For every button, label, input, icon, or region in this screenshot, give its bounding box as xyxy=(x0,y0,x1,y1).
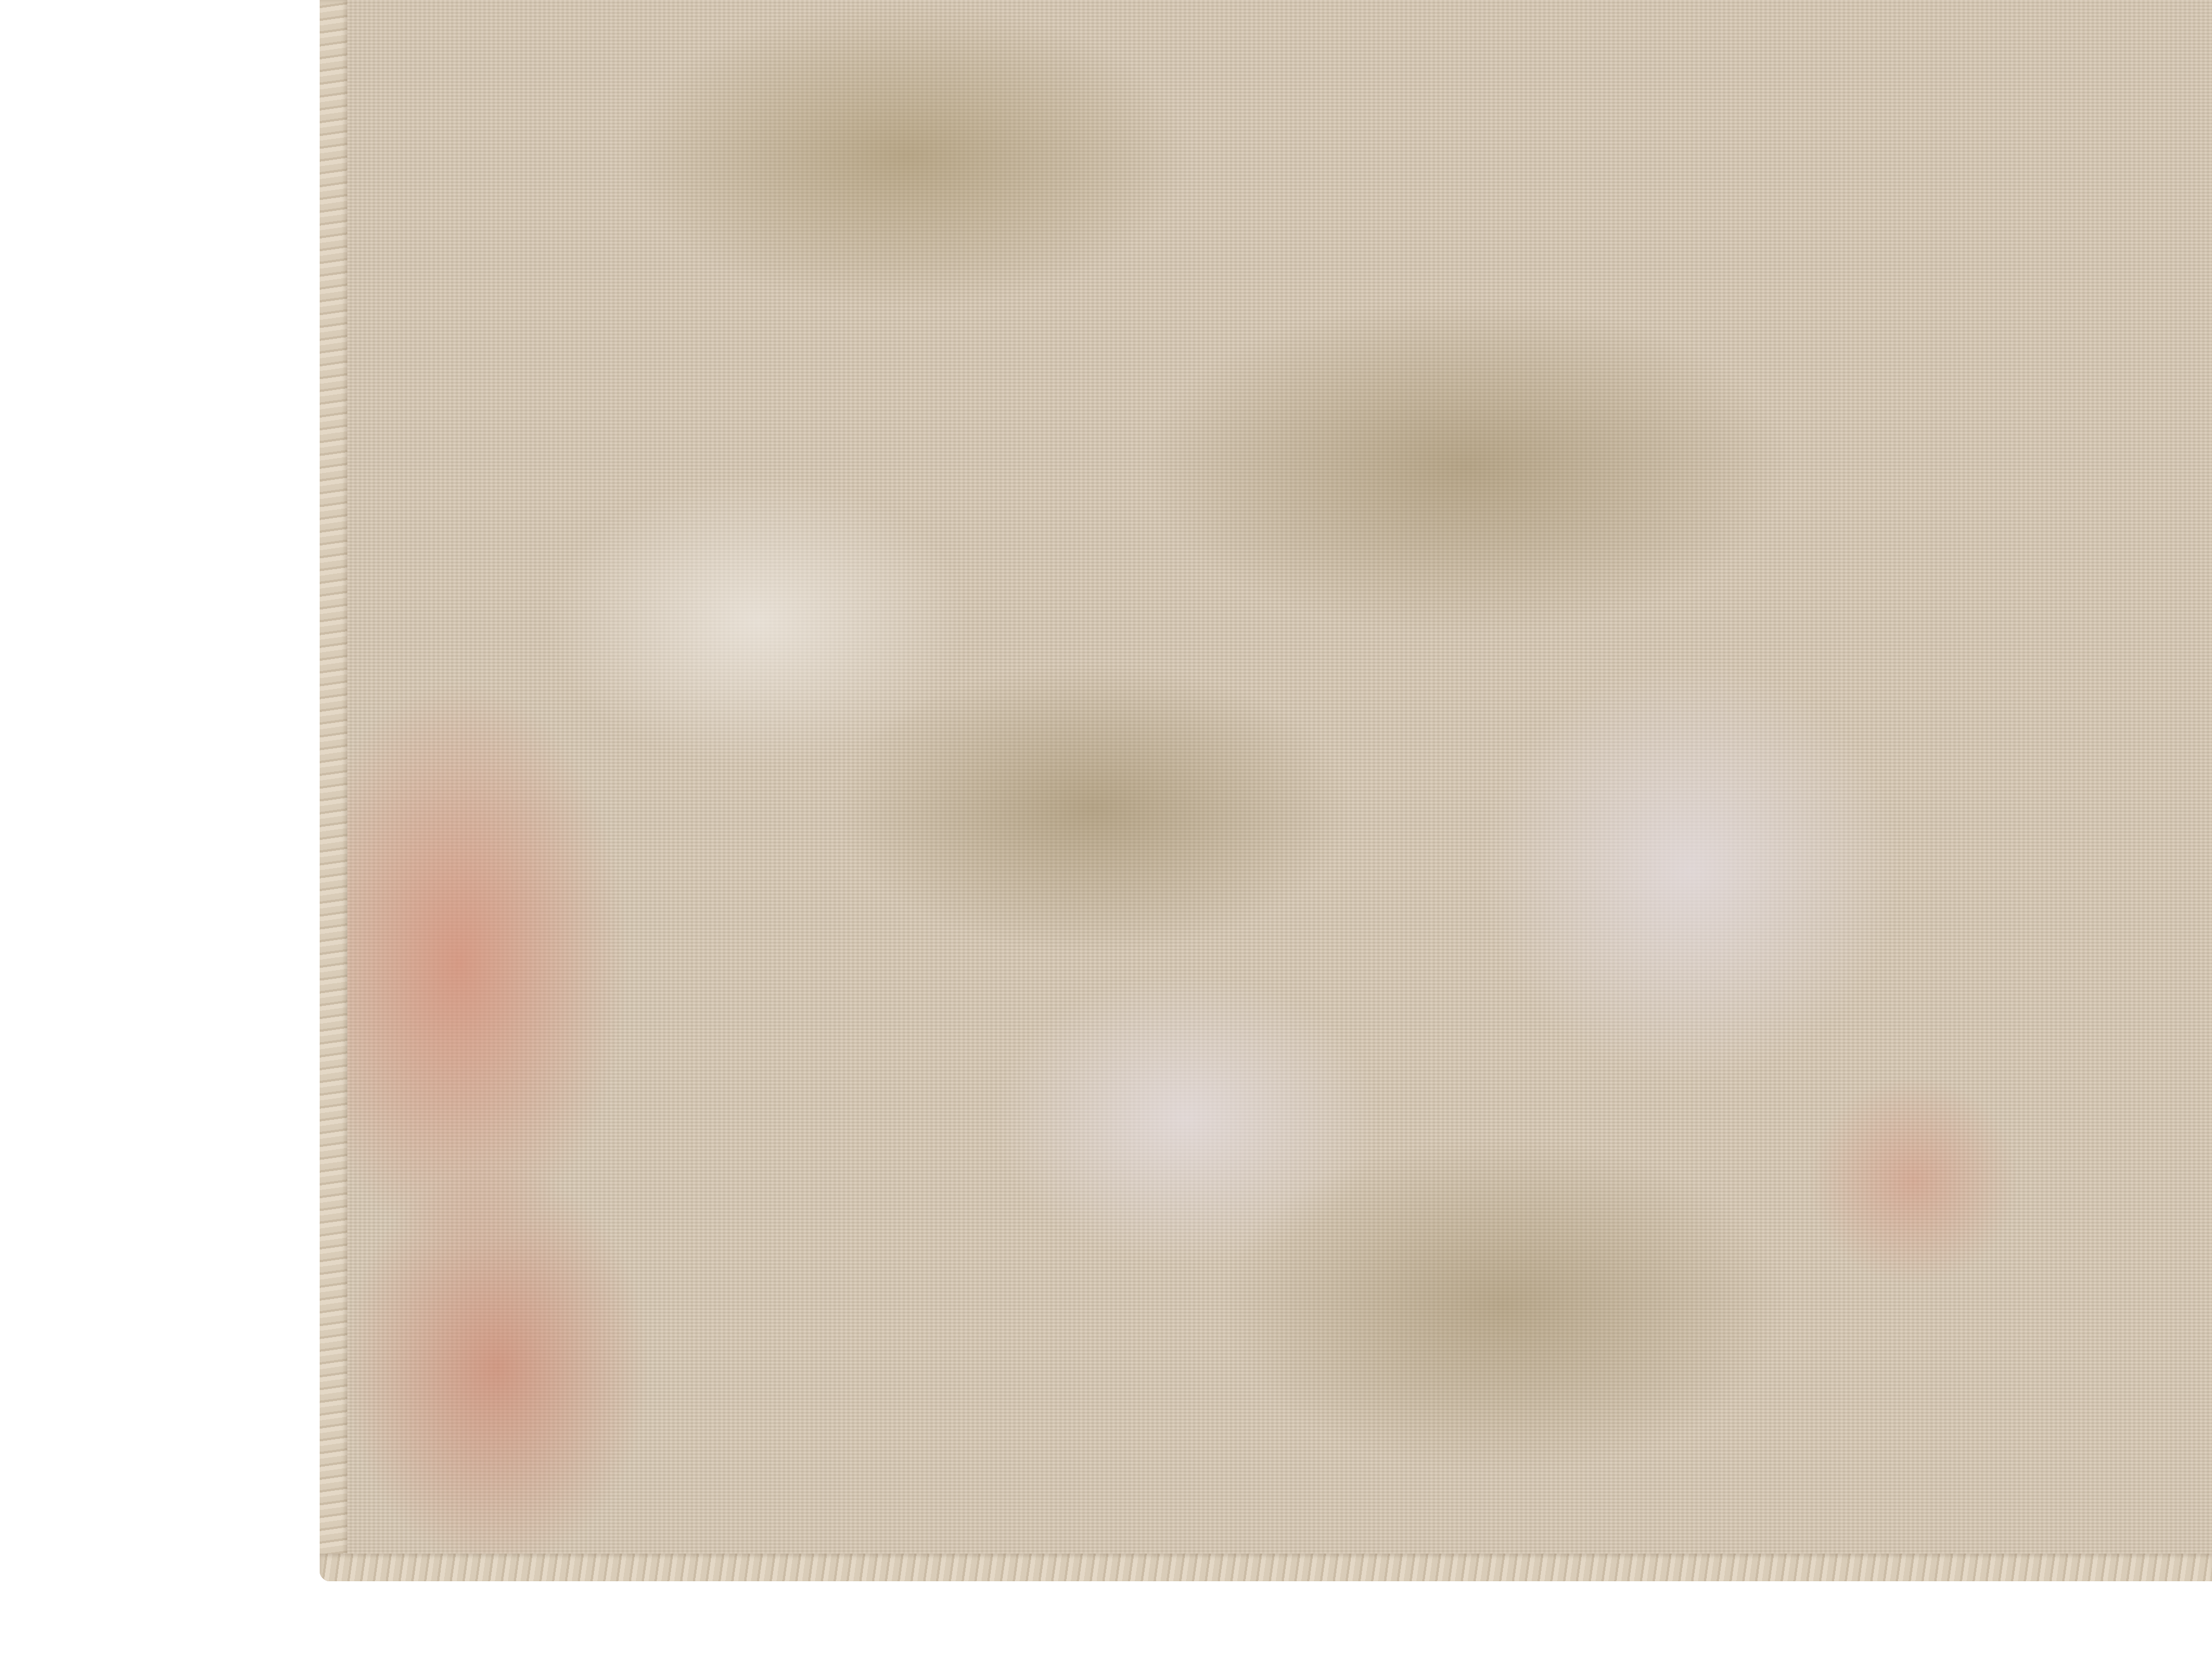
product-photo xyxy=(0,0,2212,1659)
rug-pattern-field xyxy=(347,0,2212,1554)
rug-binding-left-edge xyxy=(320,0,347,1581)
rug xyxy=(320,0,2212,1581)
rug-binding-bottom-edge xyxy=(320,1554,2212,1581)
